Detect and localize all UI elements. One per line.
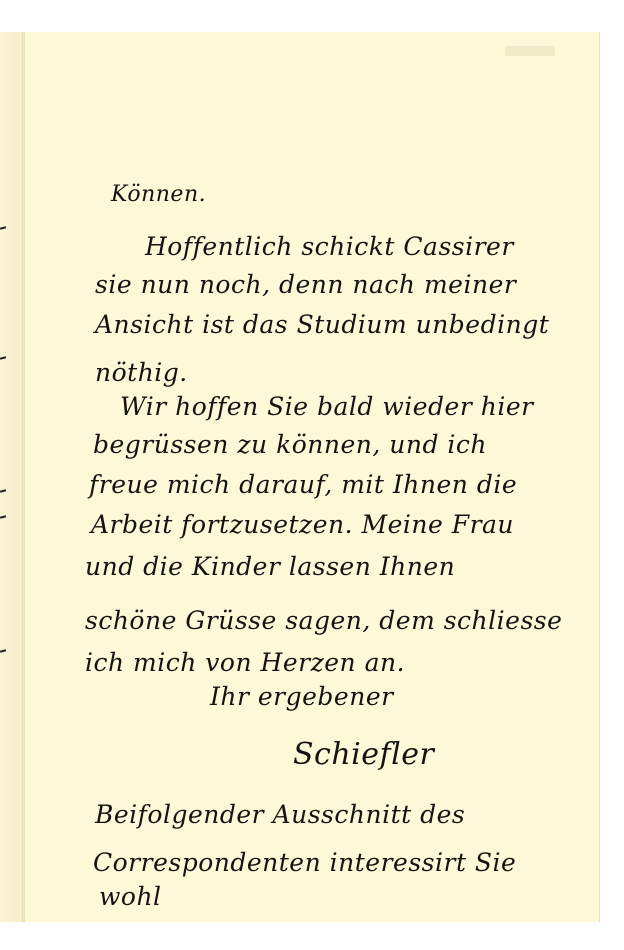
letter-line-8: freue mich darauf, mit Ihnen die (89, 472, 517, 497)
letter-line-5: nöthig. (95, 360, 188, 385)
postscript-line-3: wohl (99, 884, 162, 909)
letter-line-6: Wir hoffen Sie bald wieder hier (120, 394, 534, 419)
closing-phrase: Ihr ergebener (210, 684, 394, 709)
letter-scan: Können. Hoffentlich schickt Cassirer sie… (0, 32, 624, 922)
letter-line-3: sie nun noch, denn nach meiner (95, 272, 516, 297)
letter-page: Können. Hoffentlich schickt Cassirer sie… (25, 32, 600, 922)
faded-stamp (505, 46, 555, 56)
letter-line-1: Können. (111, 184, 206, 206)
letter-line-2: Hoffentlich schickt Cassirer (145, 234, 514, 259)
letter-line-10: und die Kinder lassen Ihnen (85, 554, 455, 579)
adjacent-page-ink-marks (0, 32, 22, 922)
postscript-line-2: Correspondenten interessirt Sie (93, 850, 516, 875)
letter-line-9: Arbeit fortzusetzen. Meine Frau (91, 512, 514, 537)
letter-line-4: Ansicht ist das Studium unbedingt (95, 312, 549, 337)
letter-line-12: ich mich von Herzen an. (85, 650, 405, 675)
letter-line-7: begrüssen zu können, und ich (93, 432, 487, 457)
letter-line-11: schöne Grüsse sagen, dem schliesse (85, 608, 562, 633)
signature: Schiefler (293, 740, 434, 770)
postscript-line-1: Beifolgender Ausschnitt des (95, 802, 465, 827)
